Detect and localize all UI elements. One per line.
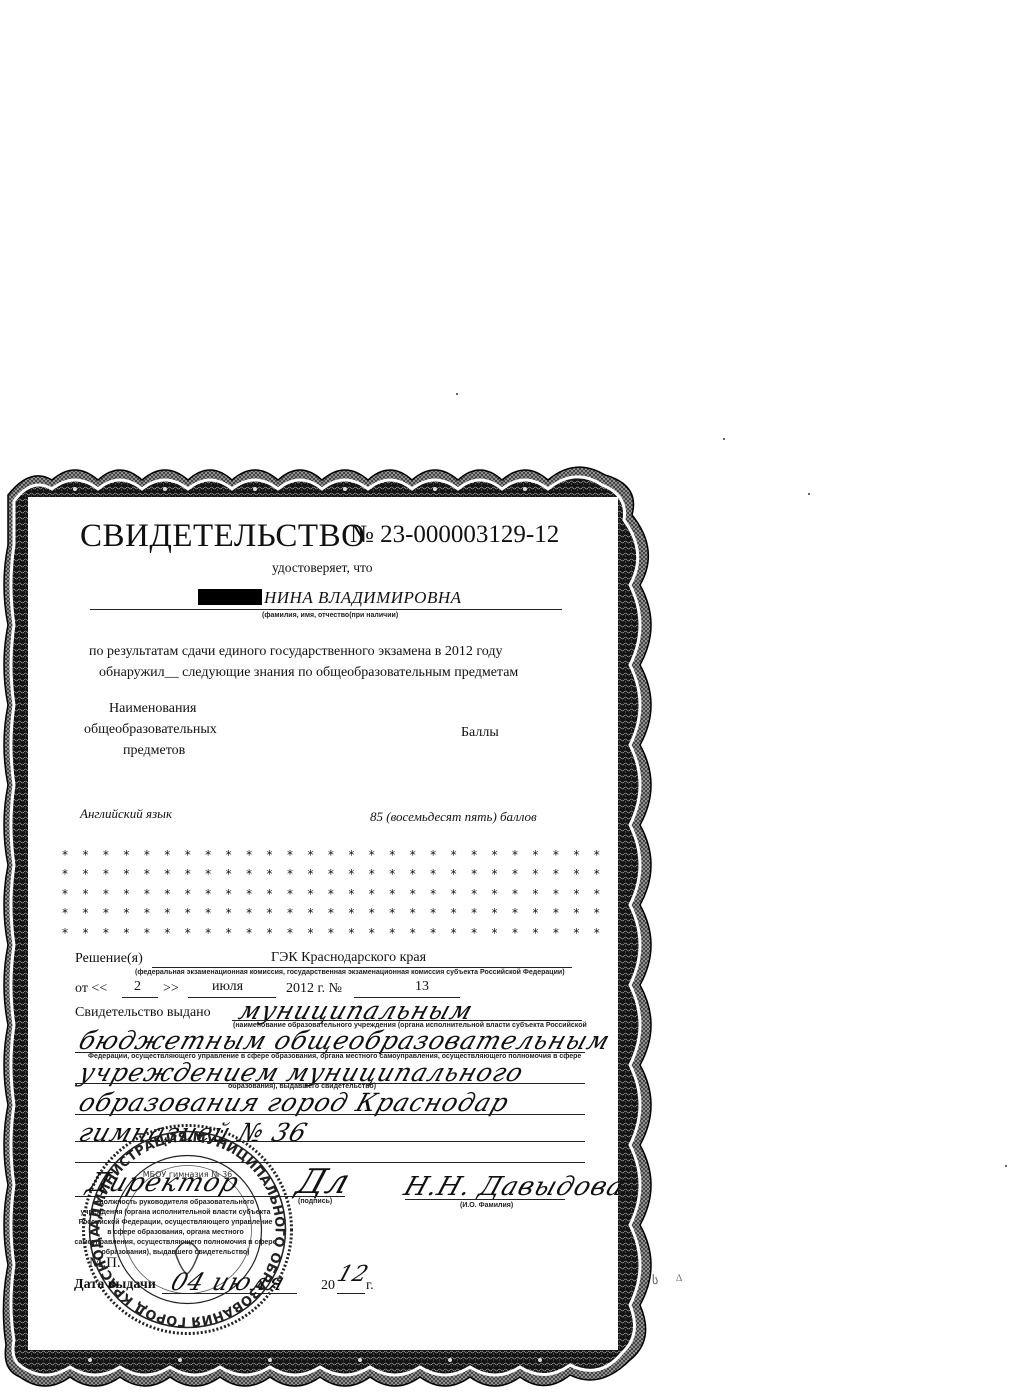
asterisk-icon: * (185, 868, 191, 880)
decision-value: ГЭК Краснодарского края (271, 950, 426, 966)
asterisk-icon: * (451, 888, 457, 900)
asterisk-icon: * (553, 888, 559, 900)
asterisk-icon: * (430, 927, 436, 939)
asterisk-icon: * (144, 868, 150, 880)
asterisk-icon: * (62, 888, 68, 900)
asterisk-icon: * (267, 849, 273, 861)
asterisk-icon: * (430, 868, 436, 880)
asterisk-icon: * (471, 888, 477, 900)
asterisk-icon: * (410, 868, 416, 880)
asterisk-icon: * (307, 907, 313, 919)
asterisk-icon: * (205, 888, 211, 900)
asterisk-icon: * (553, 927, 559, 939)
asterisk-icon: * (226, 927, 232, 939)
asterisk-icon: * (594, 927, 600, 939)
asterisk-icon: * (307, 888, 313, 900)
asterisk-icon: * (348, 927, 354, 939)
asterisk-icon: * (328, 907, 334, 919)
asterisk-icon: * (226, 888, 232, 900)
asterisk-icon: * (185, 849, 191, 861)
signature-underline (285, 1196, 345, 1197)
asterisk-icon: * (226, 849, 232, 861)
asterisk-icon: * (348, 888, 354, 900)
signer-name-underline (405, 1199, 565, 1200)
issue-year-underline (337, 1293, 365, 1294)
certificate-number: № 23-000003129-12 (350, 521, 559, 549)
asterisk-icon: * (512, 888, 518, 900)
filler-row: *************************** (62, 904, 600, 924)
asterisk-icon: * (82, 868, 88, 880)
decision-close-quote: >> (163, 981, 179, 997)
subject-name: Английский язык (80, 806, 172, 822)
asterisk-icon: * (471, 868, 477, 880)
asterisk-icon: * (328, 888, 334, 900)
signer-name-handwritten: Н.Н. Давыдова (400, 1172, 629, 1202)
asterisk-icon: * (246, 849, 252, 861)
asterisk-icon: * (144, 927, 150, 939)
asterisk-icon: * (205, 849, 211, 861)
asterisk-icon: * (389, 907, 395, 919)
asterisk-icon: * (226, 868, 232, 880)
asterisk-icon: * (82, 849, 88, 861)
asterisk-icon: * (573, 907, 579, 919)
asterisk-icon: * (267, 927, 273, 939)
column-subject-line-3: предметов (123, 743, 185, 759)
asterisk-icon: * (594, 888, 600, 900)
asterisk-icon: * (410, 927, 416, 939)
decision-underline (152, 967, 572, 968)
asterisk-icon: * (103, 868, 109, 880)
asterisk-icon: * (62, 868, 68, 880)
asterisk-icon: * (103, 927, 109, 939)
position-caption-line: Российской Федерации, осуществляющего уп… (68, 1218, 283, 1228)
asterisk-icon: * (573, 849, 579, 861)
position-underline (75, 1196, 285, 1197)
position-caption: (должность руководителя образовательного… (68, 1198, 283, 1258)
position-caption-line: (должность руководителя образовательного (68, 1198, 283, 1208)
asterisk-icon: * (532, 888, 538, 900)
asterisk-icon: * (103, 888, 109, 900)
asterisk-icon: * (246, 907, 252, 919)
asterisk-icon: * (430, 888, 436, 900)
asterisk-icon: * (267, 888, 273, 900)
asterisk-icon: * (328, 849, 334, 861)
issued-by-underline-1 (232, 1020, 582, 1021)
asterisk-icon: * (451, 849, 457, 861)
asterisk-icon: * (410, 907, 416, 919)
filler-row: *************************** (62, 845, 600, 865)
asterisk-icon: * (123, 888, 129, 900)
asterisk-icon: * (185, 907, 191, 919)
decision-year-label: 2012 г. № (286, 981, 342, 997)
asterisk-icon: * (594, 849, 600, 861)
decision-from-label: от << (75, 981, 107, 997)
asterisk-icon: * (287, 888, 293, 900)
asterisk-icon: * (594, 868, 600, 880)
column-subject-line-2: общеобразовательных (84, 722, 217, 738)
asterisk-icon: * (328, 868, 334, 880)
issued-by-handwritten-4: образования город Краснодар (75, 1088, 513, 1117)
asterisk-icon: * (307, 849, 313, 861)
decision-day: 2 (134, 979, 141, 995)
asterisk-icon: * (389, 888, 395, 900)
asterisk-icon: * (348, 868, 354, 880)
asterisk-icon: * (82, 888, 88, 900)
scan-speck (456, 393, 458, 395)
asterisk-icon: * (512, 927, 518, 939)
asterisk-icon: * (410, 849, 416, 861)
asterisk-icon: * (123, 849, 129, 861)
signature-caption: (подпись) (298, 1198, 332, 1205)
asterisk-icon: * (246, 868, 252, 880)
asterisk-icon: * (103, 849, 109, 861)
asterisk-icon: * (348, 907, 354, 919)
asterisk-icon: * (205, 907, 211, 919)
asterisk-icon: * (389, 849, 395, 861)
asterisk-icon: * (553, 849, 559, 861)
asterisk-icon: * (492, 927, 498, 939)
asterisk-icon: * (185, 888, 191, 900)
asterisk-icon: * (389, 927, 395, 939)
asterisk-icon: * (451, 907, 457, 919)
scan-speck (723, 438, 725, 440)
issue-date-handwritten: 04 июля (167, 1268, 289, 1296)
decision-month: июля (212, 979, 243, 995)
position-handwritten: Директор (83, 1168, 243, 1198)
asterisk-icon: * (287, 927, 293, 939)
asterisk-icon: * (267, 868, 273, 880)
holder-name: НИНА ВЛАДИМИРОВНА (264, 588, 462, 608)
asterisk-icon: * (512, 868, 518, 880)
subject-score: 85 (восемьдесят пять) баллов (370, 809, 537, 825)
filler-asterisks: ****************************************… (62, 845, 600, 943)
certifies-text: удостоверяет, что (272, 560, 372, 576)
issue-year-prefix: 20 (321, 1278, 335, 1294)
asterisk-icon: * (451, 927, 457, 939)
asterisk-icon: * (246, 927, 252, 939)
asterisk-icon: * (307, 927, 313, 939)
asterisk-icon: * (287, 849, 293, 861)
filler-row: *************************** (62, 923, 600, 943)
scan-mark: ∆ (676, 1273, 682, 1284)
asterisk-icon: * (144, 849, 150, 861)
asterisk-icon: * (492, 849, 498, 861)
asterisk-icon: * (185, 927, 191, 939)
issued-by-handwritten-2: бюджетным общеобразовательным (75, 1026, 614, 1055)
asterisk-icon: * (492, 907, 498, 919)
scan-mark: ს (652, 1273, 658, 1288)
asterisk-icon: * (369, 868, 375, 880)
asterisk-icon: * (512, 849, 518, 861)
column-subject-line-1: Наименования (109, 701, 196, 717)
name-caption: (фамилия, имя, отчество(при наличии) (262, 612, 398, 619)
issued-by-label: Свидетельство выдано (75, 1005, 211, 1021)
asterisk-icon: * (226, 907, 232, 919)
asterisk-icon: * (287, 868, 293, 880)
decision-label: Решение(я) (75, 951, 143, 967)
scan-speck (1005, 1165, 1007, 1167)
redacted-surname (198, 589, 262, 605)
asterisk-icon: * (430, 907, 436, 919)
asterisk-icon: * (471, 927, 477, 939)
issue-date-label: Дата выдачи (74, 1277, 156, 1293)
issue-year-unit: г. (366, 1278, 374, 1294)
asterisk-icon: * (430, 849, 436, 861)
column-score: Баллы (461, 725, 499, 741)
asterisk-icon: * (164, 868, 170, 880)
asterisk-icon: * (389, 868, 395, 880)
asterisk-icon: * (62, 907, 68, 919)
asterisk-icon: * (532, 849, 538, 861)
asterisk-icon: * (267, 907, 273, 919)
filler-row: *************************** (62, 884, 600, 904)
asterisk-icon: * (573, 927, 579, 939)
document-title: СВИДЕТЕЛЬСТВО (80, 518, 365, 555)
intro-line-2: обнаружил__ следующие знания по общеобра… (99, 665, 518, 681)
decision-caption: (федеральная экзаменационная комиссия, г… (135, 969, 565, 976)
asterisk-icon: * (369, 888, 375, 900)
asterisk-icon: * (164, 927, 170, 939)
asterisk-icon: * (164, 849, 170, 861)
asterisk-icon: * (451, 868, 457, 880)
asterisk-icon: * (287, 907, 293, 919)
seal-place-label: М.П. (89, 1255, 121, 1272)
asterisk-icon: * (164, 888, 170, 900)
position-caption-line: самоуправления, осуществляющего полномоч… (68, 1238, 283, 1248)
asterisk-icon: * (532, 907, 538, 919)
scan-speck (808, 493, 810, 495)
asterisk-icon: * (512, 907, 518, 919)
intro-line-1: по результатам сдачи единого государстве… (89, 644, 502, 660)
asterisk-icon: * (246, 888, 252, 900)
asterisk-icon: * (205, 927, 211, 939)
name-underline (90, 609, 562, 610)
asterisk-icon: * (205, 868, 211, 880)
issued-by-underline-4 (75, 1114, 585, 1115)
asterisk-icon: * (62, 849, 68, 861)
asterisk-icon: * (553, 868, 559, 880)
asterisk-icon: * (492, 888, 498, 900)
asterisk-icon: * (369, 927, 375, 939)
position-caption-line: в сфере образования, органа местного (68, 1228, 283, 1238)
asterisk-icon: * (103, 907, 109, 919)
asterisk-icon: * (532, 927, 538, 939)
asterisk-icon: * (123, 868, 129, 880)
asterisk-icon: * (144, 888, 150, 900)
asterisk-icon: * (307, 868, 313, 880)
position-caption-line: учреждения (органа исполнительной власти… (68, 1208, 283, 1218)
asterisk-icon: * (573, 888, 579, 900)
asterisk-icon: * (164, 907, 170, 919)
signer-name-caption: (И.О. Фамилия) (460, 1202, 513, 1209)
asterisk-icon: * (573, 868, 579, 880)
filler-row: *************************** (62, 865, 600, 885)
asterisk-icon: * (369, 849, 375, 861)
asterisk-icon: * (144, 907, 150, 919)
asterisk-icon: * (471, 907, 477, 919)
asterisk-icon: * (369, 907, 375, 919)
asterisk-icon: * (492, 868, 498, 880)
asterisk-icon: * (471, 849, 477, 861)
asterisk-icon: * (328, 927, 334, 939)
asterisk-icon: * (348, 849, 354, 861)
asterisk-icon: * (123, 927, 129, 939)
asterisk-icon: * (410, 888, 416, 900)
asterisk-icon: * (82, 927, 88, 939)
asterisk-icon: * (594, 907, 600, 919)
asterisk-icon: * (62, 927, 68, 939)
asterisk-icon: * (553, 907, 559, 919)
asterisk-icon: * (82, 907, 88, 919)
issue-date-underline (162, 1293, 297, 1294)
asterisk-icon: * (532, 868, 538, 880)
decision-number: 13 (415, 979, 429, 995)
day-underline (122, 997, 158, 998)
asterisk-icon: * (123, 907, 129, 919)
